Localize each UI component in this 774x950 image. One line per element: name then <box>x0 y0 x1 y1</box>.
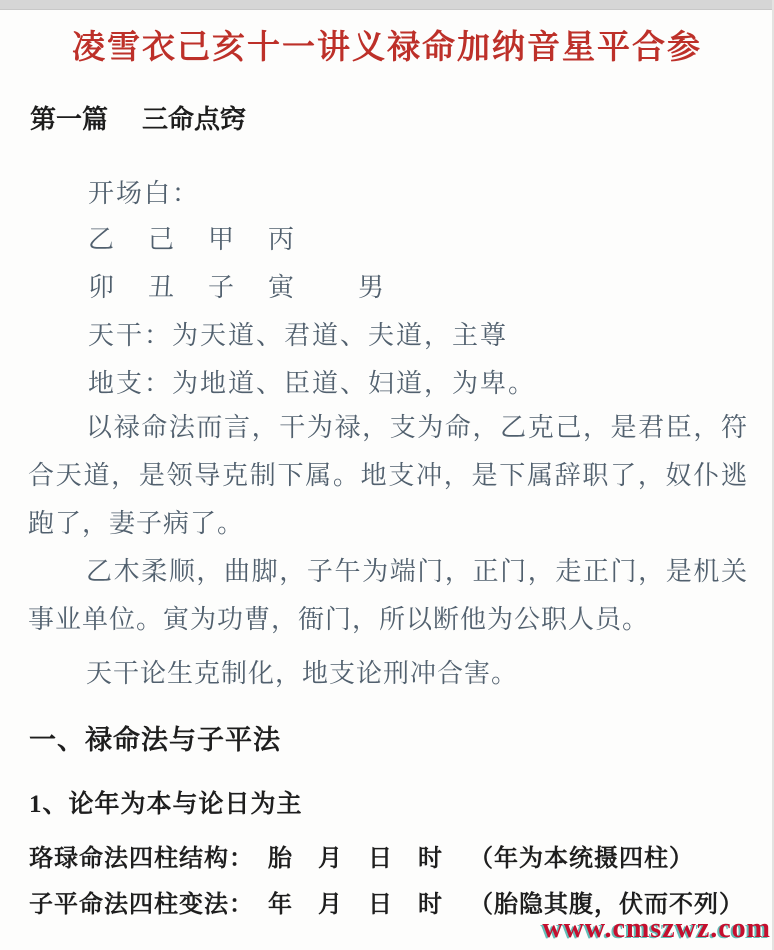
opening-label: 开场白： <box>88 173 200 210</box>
section-1-heading: 一、禄命法与子平法 <box>29 718 281 757</box>
chapter-number: 第一篇 <box>30 104 108 134</box>
bazi-stems-line: 乙 己 甲 丙 <box>88 219 298 256</box>
watermark-url: www.cmszwz.com <box>542 913 771 945</box>
paragraph-yimu-roushun: 乙木柔顺，曲脚，子午为端门，正门，走正门，是机关事业单位。寅为功曹，衙门，所以断… <box>28 548 748 644</box>
luolu-pillars: 胎 月 日 时 <box>268 846 443 872</box>
paragraph-luming-fa: 以禄命法而言，干为禄，支为命，乙克己，是君臣，符合天道，是领导克制下属。地支冲，… <box>28 404 748 548</box>
bazi-branches-line: 卯 丑 子 寅 男 <box>88 267 388 304</box>
ziping-pillars: 年 月 日 时 <box>268 892 443 918</box>
scan-edge-strip <box>0 0 774 10</box>
luolu-note: （年为本统摄四柱） <box>469 846 694 872</box>
dizhi-line: 地支：为地道、臣道、妇道，为卑。 <box>88 363 536 400</box>
tiangan-line: 天干：为天道、君道、夫道，主尊 <box>88 315 508 352</box>
subsection-1-heading: 1、论年为本与论日为主 <box>29 784 303 820</box>
paragraph-tiangan-lun: 天干论生克制化，地支论刑冲合害。 <box>86 653 518 690</box>
document-page: 凌雪衣己亥十一讲义禄命加纳音星平合参 第一篇三命点窍 开场白： 乙 己 甲 丙 … <box>0 0 774 950</box>
page-title: 凌雪衣己亥十一讲义禄命加纳音星平合参 <box>0 21 774 68</box>
luolu-structure-line: 珞琭命法四柱结构：胎 月 日 时（年为本统摄四柱） <box>29 838 694 873</box>
chapter-heading: 第一篇三命点窍 <box>30 99 246 136</box>
luolu-label: 珞琭命法四柱结构： <box>29 846 254 872</box>
chapter-name: 三命点窍 <box>142 104 246 134</box>
ziping-label: 子平命法四柱变法： <box>29 892 254 918</box>
